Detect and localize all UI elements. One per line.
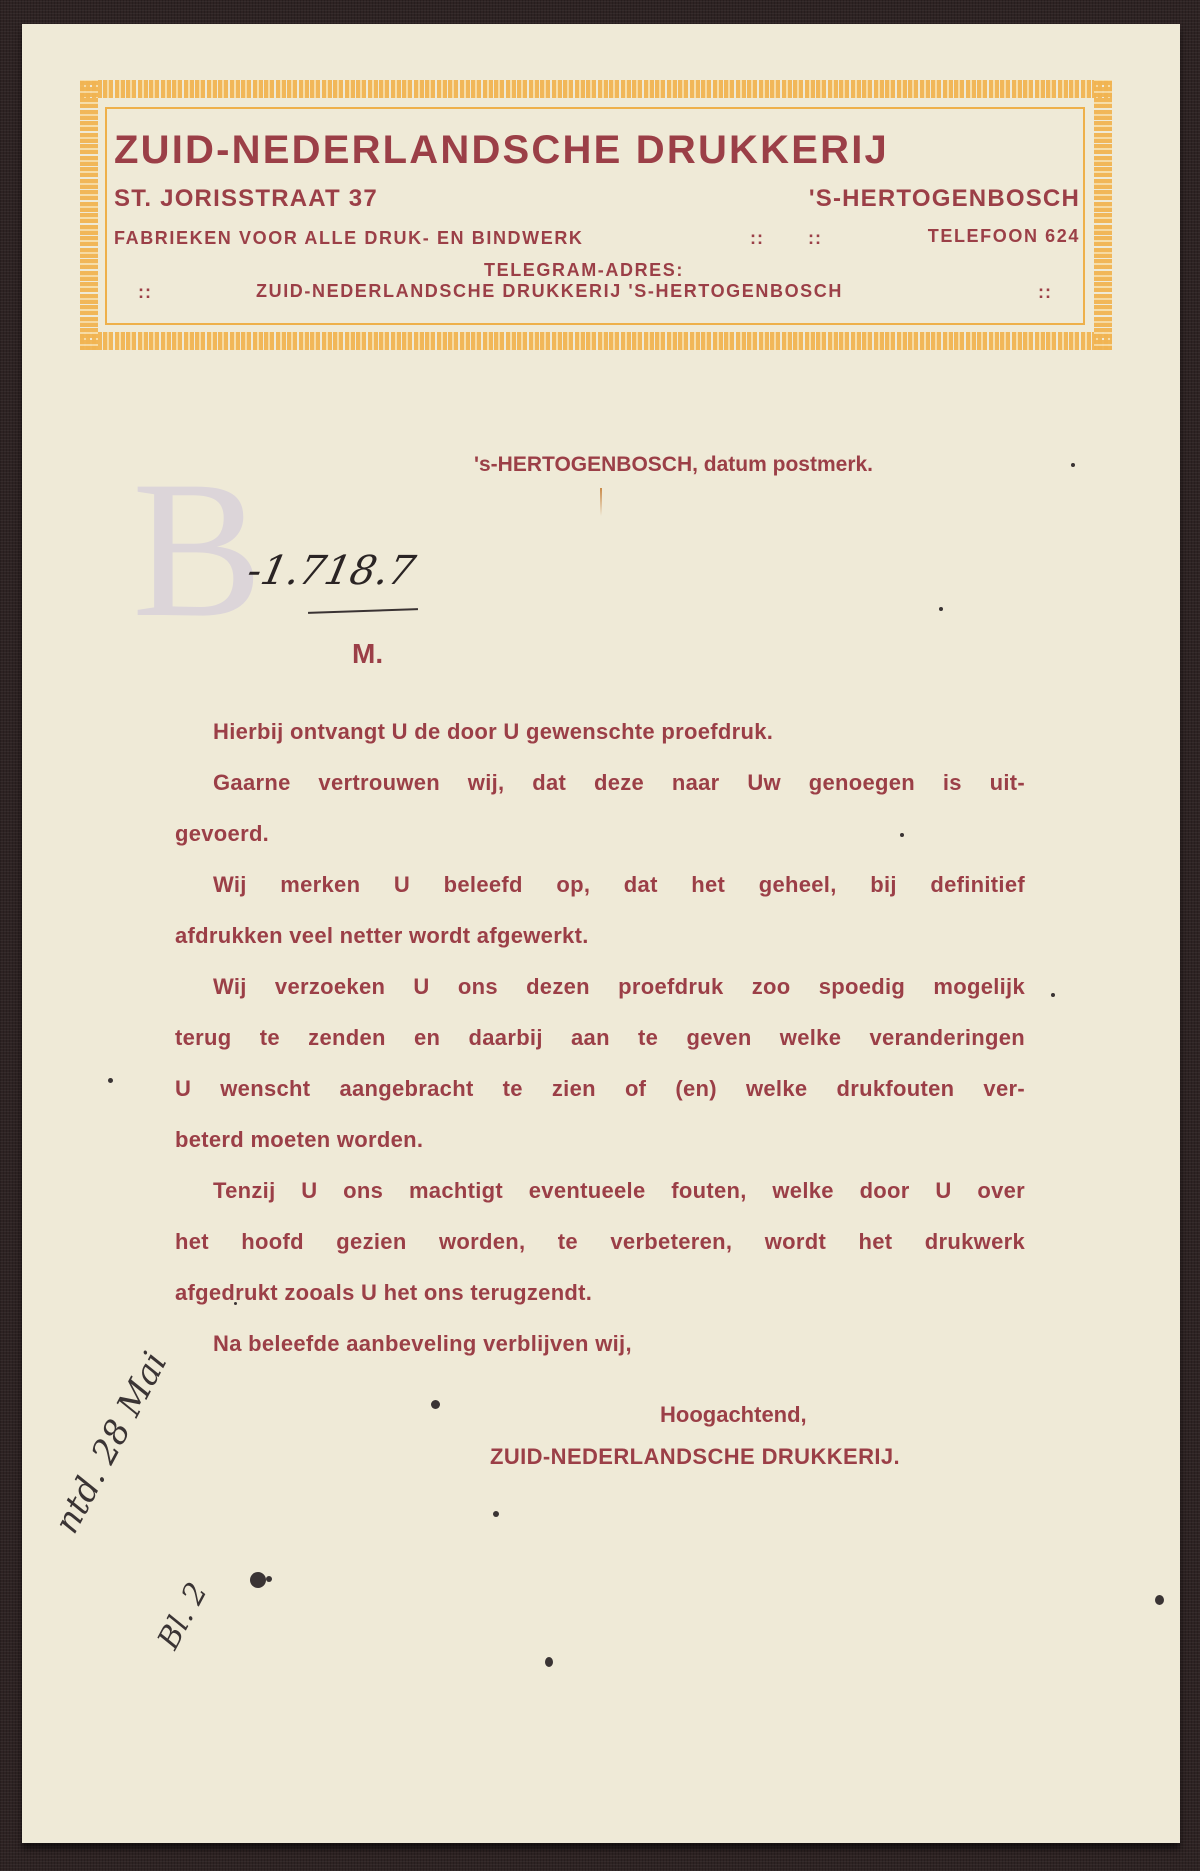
letterhead-company-name: ZUID-NEDERLANDSCHE DRUKKERIJ bbox=[114, 128, 889, 173]
letterhead-separator: :: bbox=[1038, 282, 1052, 303]
closing-signature: ZUID-NEDERLANDSCHE DRUKKERIJ. bbox=[490, 1444, 900, 1470]
body-line: beterd moeten worden. bbox=[175, 1114, 1025, 1165]
ornamental-border-bottom bbox=[80, 332, 1112, 350]
body-line: terug te zenden en daarbij aan te geven … bbox=[175, 1012, 1025, 1063]
ink-spot bbox=[939, 607, 943, 611]
body-line: Wij verzoeken U ons dezen proefdruk zoo … bbox=[175, 961, 1025, 1012]
ornamental-border-left bbox=[80, 80, 98, 350]
ink-spot bbox=[493, 1511, 499, 1517]
ornamental-border-right bbox=[1094, 80, 1112, 350]
body-line: gevoerd. bbox=[175, 808, 1025, 859]
letterhead-telegram-label: TELEGRAM-ADRES: bbox=[484, 260, 684, 281]
letterhead-telegram-address: ZUID-NEDERLANDSCHE DRUKKERIJ 'S-HERTOGEN… bbox=[256, 281, 843, 302]
body-line: het hoofd gezien worden, te verbeteren, … bbox=[175, 1216, 1025, 1267]
salutation: M. bbox=[352, 638, 383, 670]
letterhead-telephone: TELEFOON 624 bbox=[928, 226, 1080, 247]
rust-stain bbox=[600, 488, 602, 516]
letterhead-separator: :: bbox=[750, 228, 764, 249]
ink-spot bbox=[1155, 1595, 1164, 1605]
letterhead-separator: :: bbox=[808, 228, 822, 249]
ink-spot bbox=[545, 1657, 553, 1667]
ink-spot bbox=[900, 833, 904, 837]
body-line: Wij merken U beleefd op, dat het geheel,… bbox=[175, 859, 1025, 910]
body-line: U wenscht aangebracht te zien of (en) we… bbox=[175, 1063, 1025, 1114]
ink-spot bbox=[108, 1078, 113, 1083]
body-line: afgedrukt zooals U het ons terugzendt. bbox=[175, 1267, 1025, 1318]
ornamental-border-top bbox=[80, 80, 1112, 98]
letterhead-street: ST. JORISSTRAAT 37 bbox=[114, 185, 378, 213]
letterhead-tagline: FABRIEKEN VOOR ALLE DRUK- EN BINDWERK bbox=[114, 228, 584, 249]
dateline: 's-HERTOGENBOSCH, datum postmerk. bbox=[474, 453, 873, 477]
body-line: Tenzij U ons machtigt eventueele fouten,… bbox=[175, 1165, 1025, 1216]
letterhead-city: 'S-HERTOGENBOSCH bbox=[809, 185, 1080, 213]
ink-spot bbox=[234, 1302, 237, 1305]
body-line: Hierbij ontvangt U de door U gewenschte … bbox=[175, 706, 1025, 757]
ink-spot bbox=[250, 1572, 266, 1588]
body-line: Gaarne vertrouwen wij, dat deze naar Uw … bbox=[175, 757, 1025, 808]
letterhead-separator: :: bbox=[138, 282, 152, 303]
ink-spot bbox=[266, 1576, 272, 1582]
ink-spot bbox=[1071, 463, 1075, 467]
letter-body: Hierbij ontvangt U de door U gewenschte … bbox=[175, 706, 1025, 1369]
body-line: afdrukken veel netter wordt afgewerkt. bbox=[175, 910, 1025, 961]
ink-spot bbox=[1051, 993, 1055, 997]
stamp-letter: B bbox=[132, 452, 263, 648]
letterhead-frame bbox=[80, 80, 1112, 350]
closing-greeting: Hoogachtend, bbox=[660, 1402, 807, 1428]
handwritten-reference-number: -1.718.7 bbox=[243, 548, 419, 594]
body-line: Na beleefde aanbeveling verblijven wij, bbox=[175, 1318, 1025, 1369]
ink-spot bbox=[431, 1400, 440, 1409]
